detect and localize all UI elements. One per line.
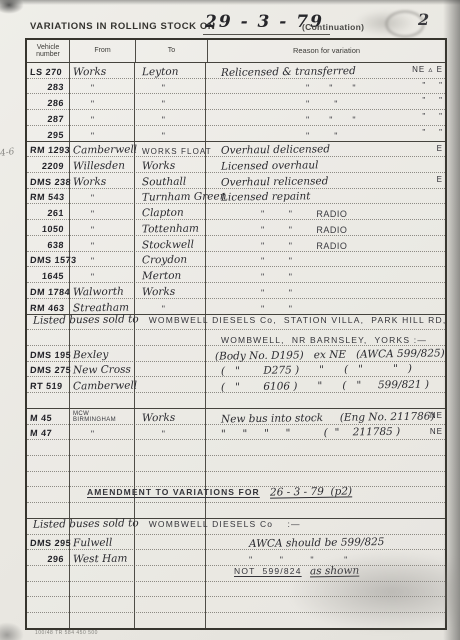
entry-text: " " " " ( " 211785 ) (221, 427, 400, 441)
entry-text: Walworth (73, 286, 124, 298)
entry-text: " (142, 131, 185, 141)
cell-from: " (69, 252, 138, 267)
entry-text: NOT 599/824 (234, 567, 302, 576)
spanning-entry: AMENDMENT TO VARIATIONS FOR26 - 3 - 79 (… (27, 487, 445, 502)
cell-to (138, 440, 213, 455)
cell-from: Fulwell (69, 535, 138, 550)
cell-from: " (69, 189, 138, 204)
entry-text: " (73, 99, 112, 109)
spanning-entry: Listed buses sold toWOMBWELL DIESELS Co … (27, 519, 445, 534)
entry-text: " (73, 225, 112, 235)
spanning-entry: NOT 599/824as shown (27, 566, 445, 581)
cell-from (69, 613, 138, 628)
entry-text: RT 519 (27, 381, 70, 392)
entry-text: Licensed repaint (221, 192, 311, 204)
entry-text: Croydon (142, 255, 187, 267)
entry-text: WOMBWELL DIESELS Co :— (149, 520, 301, 529)
entry-text: RM 463 (27, 303, 70, 314)
entry-text: 1645 (27, 271, 70, 282)
entry-text: Willesden (73, 161, 125, 173)
cell-vehicle (27, 456, 69, 471)
entry-text: " (73, 272, 112, 282)
cell-reason: " " (213, 94, 445, 109)
table-row: RT 519Camberwell( " 6106 ) " ( " 599/821… (27, 377, 445, 393)
cell-from: " (69, 204, 138, 219)
cell-to: WORKS FLOAT (138, 142, 213, 157)
table-row: Listed buses sold toWOMBWELL DIESELS Co,… (27, 314, 445, 331)
cell-vehicle: RM 543 (27, 189, 69, 204)
cell-from: Works (69, 173, 138, 188)
cell-to: " (138, 299, 213, 314)
entry-text: 261 (27, 208, 70, 219)
cell-to: Leyton (138, 63, 213, 78)
entry-text: Camberwell (73, 381, 137, 393)
entry-text: " (73, 209, 112, 219)
cell-vehicle: DMS 1573 (27, 252, 69, 267)
cell-reason: " " RADIO (213, 236, 445, 251)
cell-to (138, 472, 213, 487)
cell-vehicle: DMS 275 (27, 362, 69, 377)
entry-text: LS 270 (27, 67, 70, 78)
cell-vehicle: 286 (27, 94, 69, 109)
entry-text: " (73, 256, 112, 266)
cell-to: " (138, 79, 213, 94)
entry-text: New bus into stock (Eng No. 211786) (221, 411, 435, 425)
cell-vehicle: 638 (27, 236, 69, 251)
entry-text: " " (306, 131, 337, 141)
table-row: RM 463Streatham"" " (27, 299, 445, 315)
cell-reason: " " " " (213, 550, 445, 565)
entry-text: " (73, 115, 112, 125)
entry-text: Overhaul delicensed (221, 145, 330, 158)
cell-from: Camberwell (69, 142, 138, 157)
entry-text: WORKS FLOAT (142, 147, 212, 156)
cell-reason: Licensed repaint (213, 189, 445, 204)
page-number: 2 (418, 10, 429, 29)
cell-from: New Cross (69, 362, 138, 377)
cell-vehicle: RT 519 (27, 377, 69, 392)
cell-from (69, 503, 138, 518)
cell-reason (213, 440, 445, 455)
entry-text: DMS 1573 (27, 255, 74, 266)
district-code-note: NE (430, 427, 443, 436)
cell-to (138, 393, 213, 408)
district-code-note: E (437, 175, 443, 184)
table-row: 638"Stockwell" " RADIO (27, 236, 445, 252)
entry-text: WOMBWELL DIESELS Co, STATION VILLA, PARK… (149, 316, 447, 325)
table-row: 2209WillesdenWorksLicensed overhaul (27, 157, 445, 173)
entry-text: as shown (310, 566, 359, 578)
cell-reason: " " (213, 252, 445, 267)
entry-text: 26 - 3 - 79 (p2) (270, 487, 352, 499)
entry-text: Works (142, 161, 175, 172)
cell-reason: Licensed overhaul (213, 157, 445, 172)
entry-text: " (142, 99, 185, 109)
entry-text: " " (261, 272, 292, 282)
entry-text: " " RADIO (261, 241, 347, 251)
entry-text: 283 (27, 82, 70, 93)
cell-to (138, 550, 213, 565)
cell-reason (213, 472, 445, 487)
cell-vehicle: 283 (27, 79, 69, 94)
cell-from: MCW BIRMINGHAM (69, 409, 138, 424)
entry-text: Clapton (142, 208, 184, 220)
table-body: LS 270WorksLeytonRelicensed & transferre… (27, 63, 445, 628)
cell-from: " (69, 126, 138, 141)
cell-vehicle (27, 440, 69, 455)
cell-vehicle: RM 463 (27, 299, 69, 314)
entry-text: " " " (306, 83, 356, 93)
table-row: 286""" "" " (27, 94, 445, 110)
cell-from (69, 472, 138, 487)
cell-reason: WOMBWELL, NR BARNSLEY, YORKS :— (213, 330, 445, 345)
table-row: DMS 295FulwellAWCA should be 599/825 (27, 535, 445, 551)
table-row (27, 440, 445, 456)
cell-to: " (138, 425, 213, 440)
scan-edge-top (0, 0, 460, 5)
cell-vehicle (27, 472, 69, 487)
table-row: 1050"Tottenham" " RADIO (27, 220, 445, 236)
entry-text: Streatham (73, 302, 129, 314)
cell-reason: " " " " ( " 211785 ) (213, 425, 445, 440)
cell-vehicle (27, 582, 69, 597)
cell-reason: New bus into stock (Eng No. 211786) (213, 409, 445, 424)
table-row (27, 456, 445, 472)
entry-text: Camberwell (73, 145, 137, 157)
scan-smudge-bottom-left (0, 622, 24, 640)
spanning-entry: Listed buses sold toWOMBWELL DIESELS Co,… (27, 315, 446, 330)
cell-vehicle: DMS 238 (27, 173, 69, 188)
entry-text: Southall (142, 176, 186, 188)
cell-to (138, 503, 213, 518)
cell-reason: ( " 6106 ) " ( " 599/821 ) (213, 377, 445, 392)
cell-vehicle: M 45 (27, 409, 69, 424)
entry-text: ( " D275 ) " ( " " ) (221, 364, 412, 378)
cell-to: Croydon (138, 252, 213, 267)
cell-vehicle: LS 270 (27, 63, 69, 78)
cell-reason: " " (213, 299, 445, 314)
entry-text: AWCA should be 599/825 (249, 537, 385, 550)
table-row: NOT 599/824as shown (27, 566, 445, 582)
cell-vehicle: DM 1784 (27, 283, 69, 298)
cell-reason (213, 393, 445, 408)
cell-from: " (69, 79, 138, 94)
cell-vehicle: DMS 295 (27, 535, 69, 550)
cell-vehicle: DMS 195 (27, 346, 69, 361)
cell-to: Works (138, 409, 213, 424)
cell-to (138, 330, 213, 345)
cell-to: " (138, 94, 213, 109)
cell-to (135, 346, 207, 361)
table-row: DMS 275New Cross( " D275 ) " ( " " ) (27, 362, 445, 378)
cell-from: " (69, 110, 138, 125)
cell-reason (213, 582, 445, 597)
entry-text: " (142, 83, 185, 93)
cell-reason: Overhaul relicensed (213, 173, 445, 188)
cell-from (69, 330, 138, 345)
entry-text: " (73, 429, 112, 439)
cell-to: Stockwell (138, 236, 213, 251)
entry-text: DMS 295 (27, 538, 73, 549)
table-row: 295""" "" " (27, 126, 445, 142)
table-row: LS 270WorksLeytonRelicensed & transferre… (27, 63, 445, 79)
entry-text: " (73, 241, 112, 251)
table-row (27, 472, 445, 488)
entry-text: Merton (142, 271, 181, 283)
cell-from: Streatham (69, 299, 138, 314)
table-row (27, 613, 445, 628)
cell-from: " (69, 267, 138, 282)
cell-to: " (138, 126, 213, 141)
table-row: 287""" " "" " (27, 110, 445, 126)
entry-text: WOMBWELL, NR BARNSLEY, YORKS :— (221, 336, 427, 345)
table-row: 1645"Merton" " (27, 267, 445, 283)
entry-text: 2209 (27, 161, 70, 172)
cell-from: " (69, 220, 138, 235)
district-code-note: " " (422, 128, 443, 137)
cell-to: Works (138, 157, 213, 172)
district-code-note: " " (422, 112, 443, 121)
cell-from: Bexley (69, 346, 135, 361)
entry-text: AMENDMENT TO VARIATIONS FOR (87, 488, 260, 497)
cell-reason: Overhaul delicensed (213, 142, 445, 157)
cell-from: " (69, 236, 138, 251)
entry-text: DMS 238 (27, 177, 73, 188)
header-vehicle-number: Vehicle number (27, 40, 70, 62)
cell-vehicle (27, 330, 69, 345)
form-print-code: 100/48 TR 584 450 500 (35, 630, 98, 636)
cell-to (138, 535, 213, 550)
entry-text: Relicensed & transferred (221, 66, 356, 79)
district-code-note: NE ▵ E (412, 65, 443, 74)
entry-text: M 47 (27, 428, 70, 439)
cell-vehicle: 2209 (27, 157, 69, 172)
cell-to (138, 456, 213, 471)
cell-from: " (69, 94, 138, 109)
cell-vehicle: 287 (27, 110, 69, 125)
cell-reason: " " " (213, 79, 445, 94)
header-to: To (136, 40, 208, 62)
entry-text: " " (261, 304, 292, 314)
table-row: RM 1293CamberwellWORKS FLOATOverhaul del… (27, 141, 445, 158)
entry-text: Works (73, 177, 106, 188)
cell-reason: ( " D275 ) " ( " " ) (213, 362, 445, 377)
table-row: Listed buses sold toWOMBWELL DIESELS Co … (27, 518, 445, 535)
cell-from (69, 456, 138, 471)
cell-reason (213, 456, 445, 471)
cell-from (69, 440, 138, 455)
document-page: VARIATIONS IN ROLLING STOCK ON 29 - 3 - … (0, 0, 460, 640)
cell-to: Southall (138, 173, 213, 188)
cell-reason (213, 613, 445, 628)
cell-to: Turnham Green (138, 189, 213, 204)
cell-from: Willesden (69, 157, 138, 172)
entry-text: Stockwell (142, 239, 194, 251)
entry-text: Works (73, 66, 106, 77)
cell-from (69, 393, 138, 408)
table-row: M 47""" " " " ( " 211785 )NE (27, 425, 445, 441)
table-row: DMS 238WorksSouthallOverhaul relicensedE (27, 173, 445, 189)
district-code-note: E (437, 144, 443, 153)
entry-text: 296 (27, 554, 70, 565)
table-row: DMS 195Bexley(Body No. D195) ex NE (AWCA… (27, 346, 445, 362)
table-row: DM 1784WalworthWorks" " (27, 283, 445, 299)
entry-text: " (142, 304, 185, 314)
entry-text: " " (261, 288, 292, 298)
cell-reason: " " " (213, 110, 445, 125)
table-row (27, 582, 445, 598)
entry-text: " " RADIO (261, 209, 347, 219)
cell-from: " (69, 425, 138, 440)
header-reason: Reason for variation (208, 40, 445, 62)
district-code-note: " " (422, 81, 443, 90)
entry-text: 286 (27, 98, 70, 109)
table-row: AMENDMENT TO VARIATIONS FOR26 - 3 - 79 (… (27, 487, 445, 503)
entry-text: (Body No. D195) ex NE (AWCA 599/825) (215, 348, 445, 362)
entry-text: 295 (27, 130, 70, 141)
table-row: RM 543"Turnham GreenLicensed repaint (27, 189, 445, 205)
cell-from: Camberwell (69, 377, 138, 392)
cell-vehicle: 295 (27, 126, 69, 141)
cell-from (69, 597, 138, 612)
entry-text: Works (142, 412, 175, 423)
table-row (27, 393, 445, 409)
entry-text: MCW BIRMINGHAM (73, 411, 116, 424)
table-row: DMS 1573"Croydon" " (27, 252, 445, 268)
cell-reason: " " RADIO (213, 204, 445, 219)
table-row: 296West Ham" " " " (27, 550, 445, 566)
entry-text: Fulwell (73, 538, 112, 550)
entry-text: " " RADIO (261, 225, 347, 235)
entry-text: RM 543 (27, 192, 70, 203)
district-code-note: NE (430, 411, 443, 420)
cell-to (138, 597, 213, 612)
cell-from: Works (69, 63, 138, 78)
entry-text: Tottenham (142, 224, 199, 236)
cell-vehicle: 261 (27, 204, 69, 219)
table-row: WOMBWELL, NR BARNSLEY, YORKS :— (27, 330, 445, 346)
entry-text: " (142, 429, 185, 439)
entry-text: Works (142, 287, 175, 298)
cell-to (138, 582, 213, 597)
cell-to (138, 613, 213, 628)
cell-reason: Relicensed & transferred (213, 63, 445, 78)
form-title: VARIATIONS IN ROLLING STOCK ON (30, 21, 215, 32)
entry-text: M 45 (27, 413, 70, 424)
header-from: From (70, 40, 136, 62)
entry-text: Licensed overhaul (221, 160, 319, 172)
cell-vehicle: 1645 (27, 267, 69, 282)
cell-vehicle: RM 1293 (27, 142, 69, 157)
entry-text: " (73, 131, 112, 141)
cell-to: Tottenham (138, 220, 213, 235)
entry-text: " " (261, 256, 292, 266)
cell-from (69, 582, 138, 597)
entry-text: Listed buses sold to (33, 518, 139, 530)
cell-reason (213, 597, 445, 612)
entry-text: " " (306, 99, 337, 109)
entry-text: New Cross (73, 365, 131, 377)
entry-text: " (142, 115, 185, 125)
district-code-note: " " (422, 96, 443, 105)
cell-to (138, 377, 213, 392)
entry-text: RM 1293 (27, 145, 72, 156)
table-header-row: Vehicle number From To Reason for variat… (27, 40, 445, 63)
cell-reason: " " RADIO (213, 220, 445, 235)
entry-text: Overhaul relicensed (221, 176, 329, 188)
cell-from: West Ham (69, 550, 138, 565)
table-row (27, 597, 445, 613)
entry-text: Leyton (142, 66, 179, 78)
cell-vehicle: M 47 (27, 425, 69, 440)
entry-text: DMS 195 (27, 350, 73, 361)
entry-text: DMS 275 (27, 365, 73, 376)
cell-to: Works (138, 283, 213, 298)
cell-reason: (Body No. D195) ex NE (AWCA 599/825) (207, 346, 445, 361)
cell-reason: " " (213, 267, 445, 282)
entry-text: " (73, 83, 112, 93)
form-header: VARIATIONS IN ROLLING STOCK ON 29 - 3 - … (0, 12, 460, 38)
variations-table: Vehicle number From To Reason for variat… (25, 38, 447, 630)
cell-to: Merton (138, 267, 213, 282)
entry-text: ( " 6106 ) " ( " 599/821 ) (221, 380, 429, 394)
entry-text: 638 (27, 240, 70, 251)
cell-vehicle (27, 503, 69, 518)
entry-text: " " " " (249, 555, 348, 565)
cell-reason: " " (213, 126, 445, 141)
table-row: 283""" " "" " (27, 79, 445, 95)
cell-vehicle (27, 597, 69, 612)
table-row: M 45MCW BIRMINGHAMWorksNew bus into stoc… (27, 408, 445, 425)
entry-text: " " " (306, 115, 356, 125)
cell-vehicle (27, 613, 69, 628)
entry-text: Bexley (73, 349, 109, 360)
cell-to (138, 362, 213, 377)
entry-text: West Ham (73, 554, 128, 566)
entry-text: DM 1784 (27, 287, 72, 298)
table-row: 261"Clapton" " RADIO (27, 204, 445, 220)
entry-text: 1050 (27, 224, 70, 235)
cell-to: " (138, 110, 213, 125)
entry-text: Listed buses sold to (33, 314, 139, 326)
cell-from: Walworth (69, 283, 138, 298)
cell-to: Clapton (138, 204, 213, 219)
cell-vehicle (27, 393, 69, 408)
continuation-label: (Continuation) (302, 22, 364, 32)
cell-reason: " " (213, 283, 445, 298)
entry-text: " (73, 193, 112, 203)
cell-reason: AWCA should be 599/825 (213, 535, 445, 550)
cell-reason (213, 503, 445, 518)
cell-vehicle: 296 (27, 550, 69, 565)
table-row (27, 503, 445, 519)
cell-vehicle: 1050 (27, 220, 69, 235)
entry-text: 287 (27, 114, 70, 125)
margin-pencil-note: 4-6 (0, 147, 15, 159)
